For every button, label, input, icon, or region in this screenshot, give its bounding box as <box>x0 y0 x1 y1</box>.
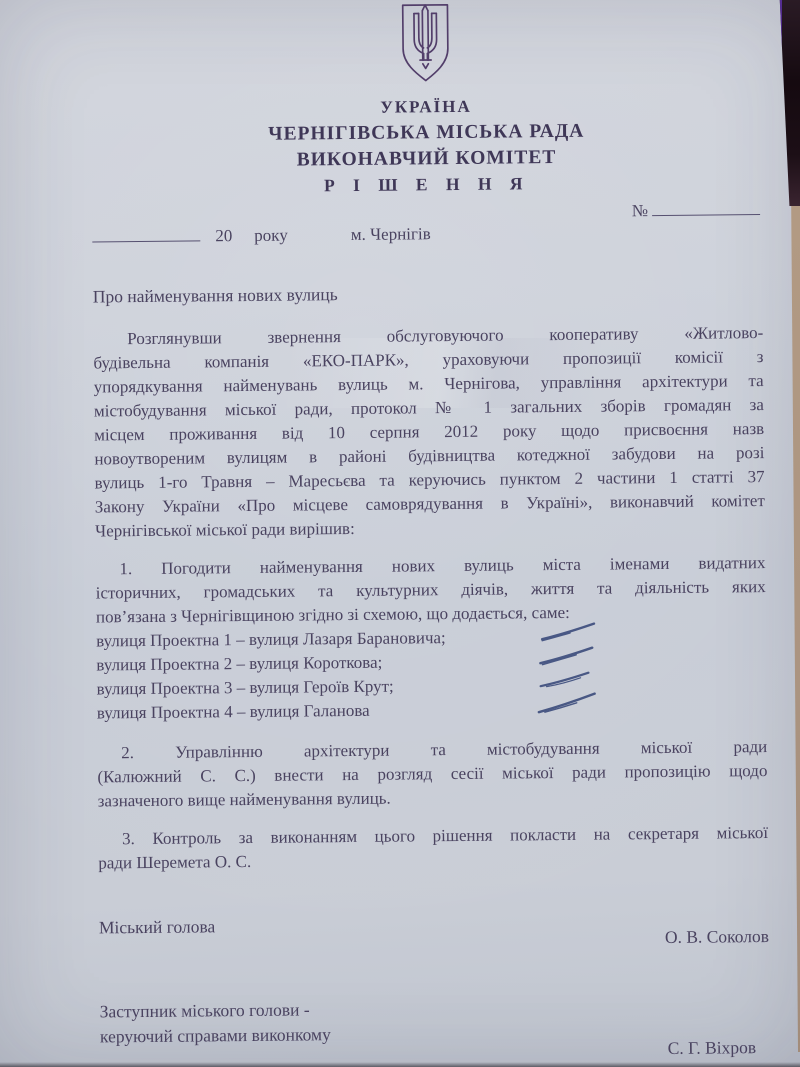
decision-item-3: 3. Контроль за виконанням цього рішення … <box>98 821 768 875</box>
number-label: № <box>632 201 648 220</box>
committee-title: ВИКОНАВЧИЙ КОМІТЕТ <box>91 145 761 173</box>
date-field: 20рокум. Чернігів <box>92 224 431 247</box>
signature-name: О. В. Соколов <box>665 926 769 948</box>
council-title: ЧЕРНІГІВСЬКА МІСЬКА РАДА <box>91 119 761 147</box>
subject-line: Про найменування нових вулиць <box>93 280 763 307</box>
preamble-paragraph: Розглянувши звернення обслуговуючого коо… <box>93 321 765 543</box>
number-field: № <box>632 200 760 221</box>
paragraph-line: Чернігівської міської ради вирішив: <box>95 513 765 543</box>
paragraph-line: ради Шеремета О. С. <box>98 845 768 875</box>
signature-title: Міський голова <box>99 916 216 938</box>
meta-row: № 20рокум. Чернігів <box>92 200 762 258</box>
document-photo: УКРАЇНА ЧЕРНІГІВСЬКА МІСЬКА РАДА ВИКОНАВ… <box>0 0 800 1067</box>
decision-item-1: 1. Погодити найменування нових вулиць мі… <box>95 551 767 725</box>
date-year: 20 <box>215 226 232 245</box>
date-blank-line <box>92 226 200 242</box>
document-paper: УКРАЇНА ЧЕРНІГІВСЬКА МІСЬКА РАДА ВИКОНАВ… <box>90 0 770 1066</box>
paragraph-line: зазначеного вище найменування вулиць. <box>98 783 768 813</box>
signature-mayor: Міський голова О. В. Соколов <box>99 911 770 975</box>
signature-deputy: Заступник міського голови - керуючий спр… <box>100 993 771 1066</box>
doc-type-title: Р І Ш Е Н Н Я <box>92 171 762 198</box>
city-label: м. Чернігів <box>351 224 431 244</box>
street-renaming-item: вулиця Проектна 4 – вулиця Галанова <box>97 695 767 725</box>
number-blank-line <box>652 200 760 216</box>
masthead: УКРАЇНА ЧЕРНІГІВСЬКА МІСЬКА РАДА ВИКОНАВ… <box>90 0 762 198</box>
background-edge-tan <box>789 206 800 1052</box>
country-title: УКРАЇНА <box>91 94 761 120</box>
street-renaming-list: вулиця Проектна 1 – вулиця Лазаря Барано… <box>96 623 767 725</box>
coat-of-arms-ukraine-icon <box>90 0 761 92</box>
background-edge-dark <box>778 0 800 206</box>
decision-item-2: 2. Управлінню архітектури та містобудува… <box>97 735 768 813</box>
date-word: року <box>254 226 288 245</box>
